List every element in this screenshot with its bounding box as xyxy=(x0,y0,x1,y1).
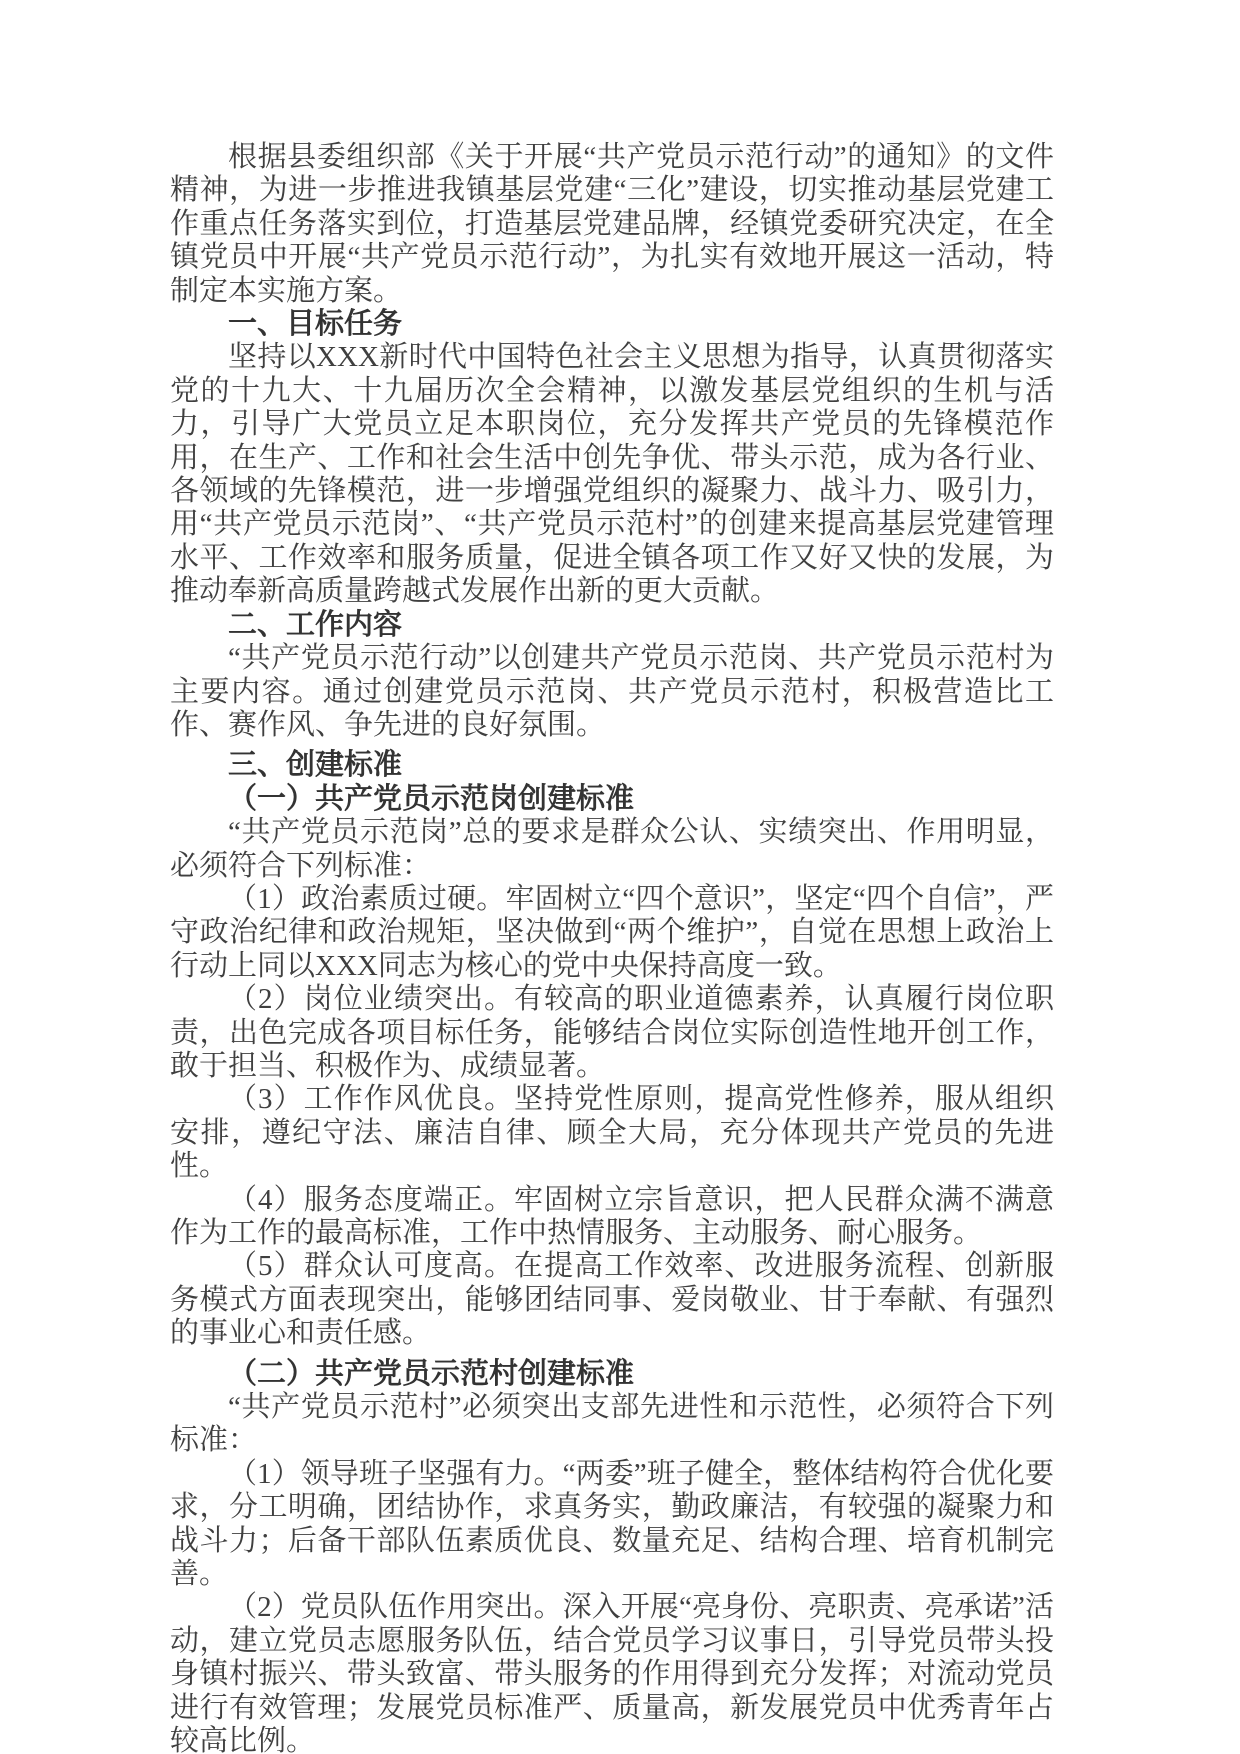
demo-village-standard-2: （2）党员队伍作用突出。深入开展“亮身份、亮职责、亮承诺”活动，建立党员志愿服务… xyxy=(170,1591,1054,1754)
demo-post-standard-1: （1）政治素质过硬。牢固树立“四个意识”，坚定“四个自信”，严守政治纪律和政治规… xyxy=(170,883,1054,983)
document-body: 根据县委组织部《关于开展“共产党员示范行动”的通知》的文件精神，为进一步推进我镇… xyxy=(170,141,1054,1754)
subsection-heading-demo-post-standards: （一）共产党员示范岗创建标准 xyxy=(170,783,1054,816)
section-heading-1-goal-tasks: 一、目标任务 xyxy=(170,308,1054,341)
section-heading-2-work-content: 二、工作内容 xyxy=(170,609,1054,642)
demo-post-standard-2: （2）岗位业绩突出。有较高的职业道德素养，认真履行岗位职责，出色完成各项目标任务… xyxy=(170,983,1054,1083)
demo-post-standard-5: （5）群众认可度高。在提高工作效率、改进服务流程、创新服务模式方面表现突出，能够… xyxy=(170,1250,1054,1350)
subsection-heading-demo-village-standards: （二）共产党员示范村创建标准 xyxy=(170,1358,1054,1391)
demo-post-standard-4: （4）服务态度端正。牢固树立宗旨意识，把人民群众满不满意作为工作的最高标准，工作… xyxy=(170,1184,1054,1251)
demo-village-standard-1: （1）领导班子坚强有力。“两委”班子健全，整体结构符合优化要求，分工明确，团结协… xyxy=(170,1458,1054,1592)
goal-tasks-paragraph: 坚持以XXX新时代中国特色社会主义思想为指导，认真贯彻落实党的十九大、十九届历次… xyxy=(170,341,1054,608)
demo-village-overview-paragraph: “共产党员示范村”必须突出支部先进性和示范性，必须符合下列标准： xyxy=(170,1391,1054,1458)
demo-post-overview-paragraph: “共产党员示范岗”总的要求是群众公认、实绩突出、作用明显，必须符合下列标准： xyxy=(170,816,1054,883)
document-page: 根据县委组织部《关于开展“共产党员示范行动”的通知》的文件精神，为进一步推进我镇… xyxy=(0,0,1240,1754)
work-content-paragraph: “共产党员示范行动”以创建共产党员示范岗、共产党员示范村为主要内容。通过创建党员… xyxy=(170,642,1054,742)
section-heading-3-creation-standards: 三、创建标准 xyxy=(170,749,1054,782)
intro-paragraph: 根据县委组织部《关于开展“共产党员示范行动”的通知》的文件精神，为进一步推进我镇… xyxy=(170,141,1054,308)
demo-post-standard-3: （3）工作作风优良。坚持党性原则，提高党性修养，服从组织安排，遵纪守法、廉洁自律… xyxy=(170,1083,1054,1183)
